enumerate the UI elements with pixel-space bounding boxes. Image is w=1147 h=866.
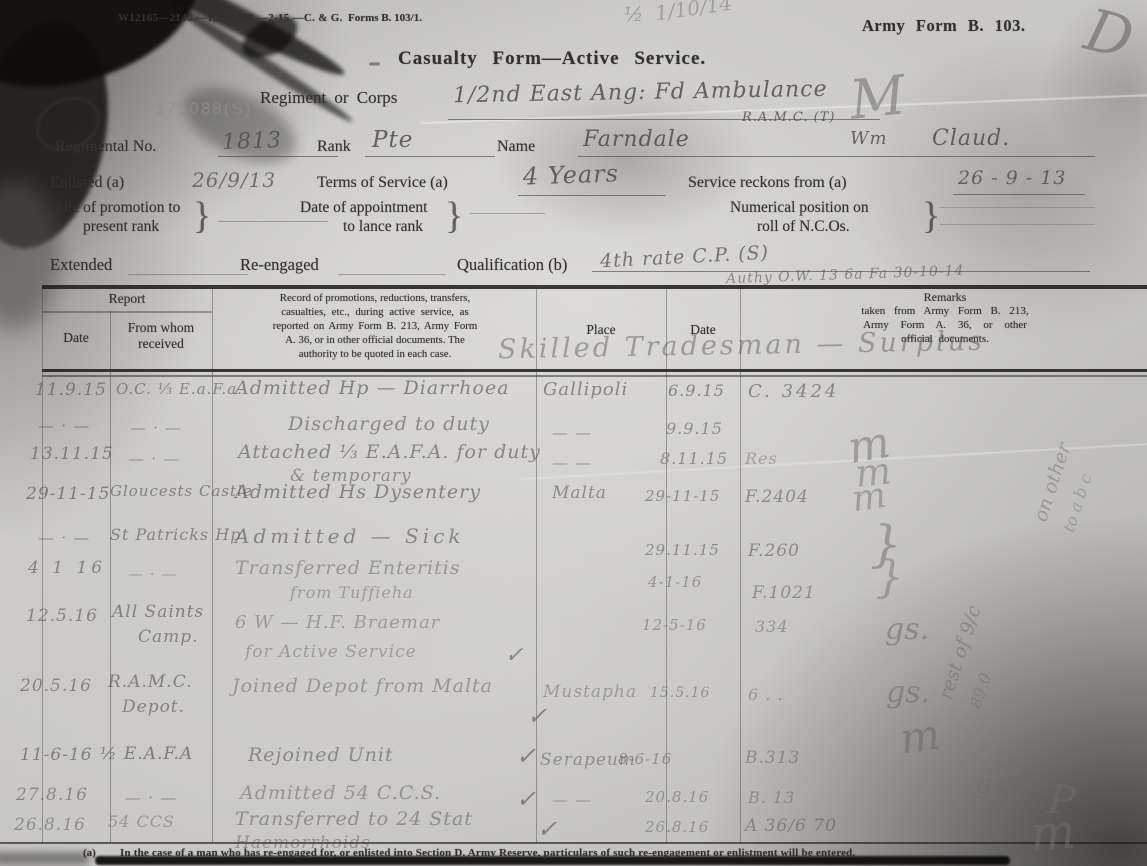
row-8-date: 20.5.16: [20, 676, 92, 696]
rank-underline: [365, 156, 495, 157]
row-2-from: — · —: [130, 418, 182, 437]
row-8-record: Joined Depot from Malta: [232, 675, 493, 697]
qualification-value: 4th rate C.P. (S): [600, 242, 770, 273]
terms-value: 4 Years: [523, 159, 620, 190]
row-2-date: — · —: [38, 416, 90, 435]
row-6-remarks: F.1021: [752, 583, 816, 603]
remarks-header-line-2: taken from Army Form B. 213,: [775, 305, 1115, 317]
regiment-underline: [448, 119, 880, 120]
row-11-remarks: A 36/6 70: [745, 816, 837, 836]
record-header-line-5: authority to be quoted in each case.: [224, 348, 526, 360]
row-10-record: Admitted 54 C.C.S.: [240, 782, 441, 804]
extended-underline: [128, 274, 248, 275]
remarks-header-line-1: Remarks: [775, 290, 1115, 305]
row-7-from: All Saints: [112, 602, 204, 622]
row-10-checkmark: ✓: [516, 785, 536, 813]
terms-underline: [518, 195, 666, 196]
numerical-blank-line-1: [940, 207, 1095, 208]
row-6-record2: from Tuffieha: [290, 583, 414, 602]
row-3-place: — —: [552, 453, 592, 472]
appointment-label-line1: Date of appointment: [300, 199, 427, 217]
row-7-date: 12.5.16: [26, 606, 98, 626]
name-underline: [578, 156, 1095, 157]
pencil-half-mark: ½: [624, 2, 643, 26]
reengaged-label: Re-engaged: [240, 255, 319, 275]
pencil-m-annotation-5: m: [1028, 803, 1077, 862]
regiment-value: 1/2nd East Ang: Fd Ambulance: [453, 77, 828, 109]
name-surname: Farndale: [583, 127, 690, 152]
row-6-date2: 4-1-16: [648, 573, 702, 591]
row-9-remarks: B.313: [745, 748, 800, 768]
row-4-place: Malta: [552, 483, 607, 503]
row-9-checkmark: ✓: [516, 742, 536, 770]
row-5-date: — · —: [38, 528, 90, 547]
row-3-from: — · —: [128, 449, 180, 468]
row-7-record2: for Active Service: [245, 642, 417, 662]
pencil-m-mark: M: [847, 63, 909, 131]
imprint-text: W12165—2146.—1,250,000.—2-15.—C. & G.: [118, 12, 343, 24]
reengaged-underline: [338, 274, 446, 275]
promotion-label-line1: Date of promotion to: [50, 199, 180, 217]
row-1-record: Admitted Hp — Diarrhoea: [235, 377, 510, 399]
row-11-checkmark: ✓: [537, 815, 557, 843]
row-4-date2: 29-11-15: [645, 487, 720, 505]
numerical-brace: }: [922, 194, 940, 238]
reckons-value: 26 - 9 - 13: [958, 167, 1066, 189]
row-9-date: 11-6-16: [20, 745, 93, 765]
row-6-from: — · —: [128, 565, 177, 583]
row-5-from: St Patricks Hp: [110, 525, 241, 544]
scanned-casualty-form: W12165—2146.—1,250,000.—2-15.—C. & G. Fo…: [0, 0, 1147, 866]
regiment-label: Regiment or Corps: [260, 88, 397, 108]
row-1-date: 11.9.15: [35, 380, 107, 400]
record-header-line-2: casualties, etc., during active service,…: [224, 306, 526, 318]
record-header-line-3: reported on Army Form B. 213, Army Form: [224, 320, 526, 332]
rank-value: Pte: [372, 127, 413, 153]
column-line-record-place: [536, 285, 537, 842]
row-9-from: ½ E.A.F.A: [100, 744, 193, 764]
numerical-label-line1: Numerical position on: [730, 199, 869, 217]
row-7-date2: 12-5-16: [642, 616, 707, 634]
title-dash: –: [368, 48, 381, 78]
table-header-bottom-border-1: [42, 369, 1147, 372]
terms-label: Terms of Service (a): [317, 174, 448, 192]
forms-ref: Forms B. 103/1.: [348, 12, 422, 24]
column-line-date-remarks: [740, 285, 741, 842]
table-top-border: [42, 285, 1147, 289]
name-middle: Claud.: [932, 126, 1010, 151]
bottom-scan-bar-left: [0, 852, 89, 865]
row-9-record: Rejoined Unit: [248, 744, 394, 766]
promotion-blank-line: [218, 221, 328, 222]
row-8-place: Mustapha: [543, 682, 637, 702]
row-7-remarks: 334: [755, 617, 789, 636]
date-header: Date: [42, 330, 110, 346]
row-2-record: Discharged to duty: [288, 413, 490, 435]
enlisted-label: Enlisted (a): [50, 174, 124, 192]
row-10-remarks: B. 13: [748, 788, 795, 807]
from-whom-header: From whom received: [112, 320, 210, 352]
table-footer-border: [0, 842, 1147, 844]
appointment-blank-line: [470, 213, 545, 214]
row-4-from: Gloucests Castle: [110, 482, 253, 500]
row-8-from2: Depot.: [122, 697, 185, 717]
pencil-m-annotation-4: m: [897, 709, 943, 763]
footnote-marker: (a): [83, 847, 96, 859]
row-11-record: Transferred to 24 Stat: [235, 808, 473, 830]
row-5-remarks: F.260: [748, 541, 800, 561]
row-2-place: — —: [552, 423, 592, 442]
pencil-brace-annotation-2: }: [876, 552, 904, 603]
reckons-label: Service reckons from (a): [688, 174, 847, 192]
row-11-from: 54 CCS: [108, 812, 175, 831]
row-7-from2: Camp.: [138, 627, 199, 647]
row-10-from: — · —: [125, 788, 177, 807]
qualification-label: Qualification (b): [457, 255, 567, 275]
numerical-blank-line-2: [940, 224, 1095, 225]
row-6-date: 4 1 16: [28, 558, 106, 578]
numerical-label-line2: roll of N.C.Os.: [757, 218, 850, 236]
record-header-line-1: Record of promotions, reductions, transf…: [224, 292, 526, 304]
row-1-remarks: C. 3424: [748, 381, 839, 402]
table-header-bottom-border-2: [42, 375, 1147, 377]
pencil-d-mark: D: [1078, 0, 1140, 73]
promotion-brace: }: [193, 194, 211, 238]
appointment-label-line2: to lance rank: [343, 218, 423, 236]
row-10-place: — —: [552, 790, 592, 809]
row-5-record: Admitted — Sick: [235, 524, 464, 548]
pencil-gs-annotation-1: gs.: [885, 612, 929, 647]
pencil-top-note: 1/10/14: [654, 0, 734, 25]
report-header: Report: [42, 291, 212, 307]
army-form-number: Army Form B. 103.: [862, 16, 1026, 36]
row-4-date: 29-11-15: [26, 484, 110, 504]
regimental-no-underline: [218, 156, 338, 157]
row-5-date2: 29.11.15: [645, 541, 720, 559]
row-3-remarks: Res: [745, 449, 778, 468]
name-label: Name: [497, 138, 535, 156]
row-8-date2: 15.5.16: [650, 685, 710, 701]
footnote-text: In the case of a man who has re-engaged …: [120, 847, 855, 859]
row-1-from: O.C. ⅓ E.a.F.a.: [116, 380, 243, 398]
row-11-date: 26.8.16: [14, 815, 86, 835]
row-8-remarks: 6 . .: [748, 685, 784, 704]
row-3-record: Attached ⅓ E.A.F.A. for duty: [238, 441, 541, 463]
row-8-from: R.A.M.C.: [108, 672, 193, 692]
row-2-date2: 9.9.15: [666, 419, 723, 438]
reckons-underline: [953, 194, 1085, 195]
name-first: Wm: [850, 128, 888, 149]
row-4-remarks: F.2404: [745, 487, 809, 507]
pencil-m-annotation-3: m: [849, 475, 889, 520]
row-6-record: Transferred Enteritis: [235, 557, 461, 579]
pencil-diagonal-note-2b: 89,0: [966, 671, 995, 711]
form-title: Casualty Form—Active Service.: [398, 48, 706, 70]
row-10-date: 27.8.16: [16, 785, 88, 805]
row-10-date2: 20.8.16: [645, 788, 709, 806]
row-3-date2: 8.11.15: [660, 449, 728, 468]
appointment-brace: }: [445, 194, 463, 238]
record-header-line-4: A. 36, or in other official documents. T…: [224, 334, 526, 346]
row-8-checkmark: ✓: [527, 702, 547, 730]
row-1-place: Gallipoli: [543, 379, 628, 400]
row-1-date2: 6.9.15: [668, 381, 725, 400]
pencil-gs-annotation-2: gs.: [886, 675, 930, 710]
row-3-date: 13.11.15: [30, 444, 114, 464]
pencil-gs-annotation-3: gs,: [975, 770, 1013, 800]
column-line-fromwhom-record: [212, 285, 213, 842]
extended-label: Extended: [50, 255, 112, 275]
row-7-checkmark: ✓: [505, 643, 523, 668]
row-4-record: Admitted Hs Dysentery: [235, 481, 481, 503]
row-11-date2: 26.8.16: [645, 818, 709, 836]
row-7-record: 6 W — H.F. Braemar: [235, 612, 440, 633]
ramc-note: R.A.M.C. (T): [742, 110, 835, 125]
regimental-no-value: 1813: [222, 128, 283, 155]
enlisted-value: 26/9/13: [192, 168, 276, 192]
rank-label: Rank: [317, 138, 351, 156]
qualification-authority: Authy O.W. 13 6a Fa 30-10-14: [726, 263, 965, 287]
promotion-label-line2: present rank: [83, 218, 159, 236]
stamp-number: 175088(S): [155, 99, 252, 119]
report-cell-underline: [42, 311, 212, 313]
row-9-date2: 8-6-16: [618, 750, 672, 768]
regimental-no-label: Regimental No.: [55, 138, 156, 156]
